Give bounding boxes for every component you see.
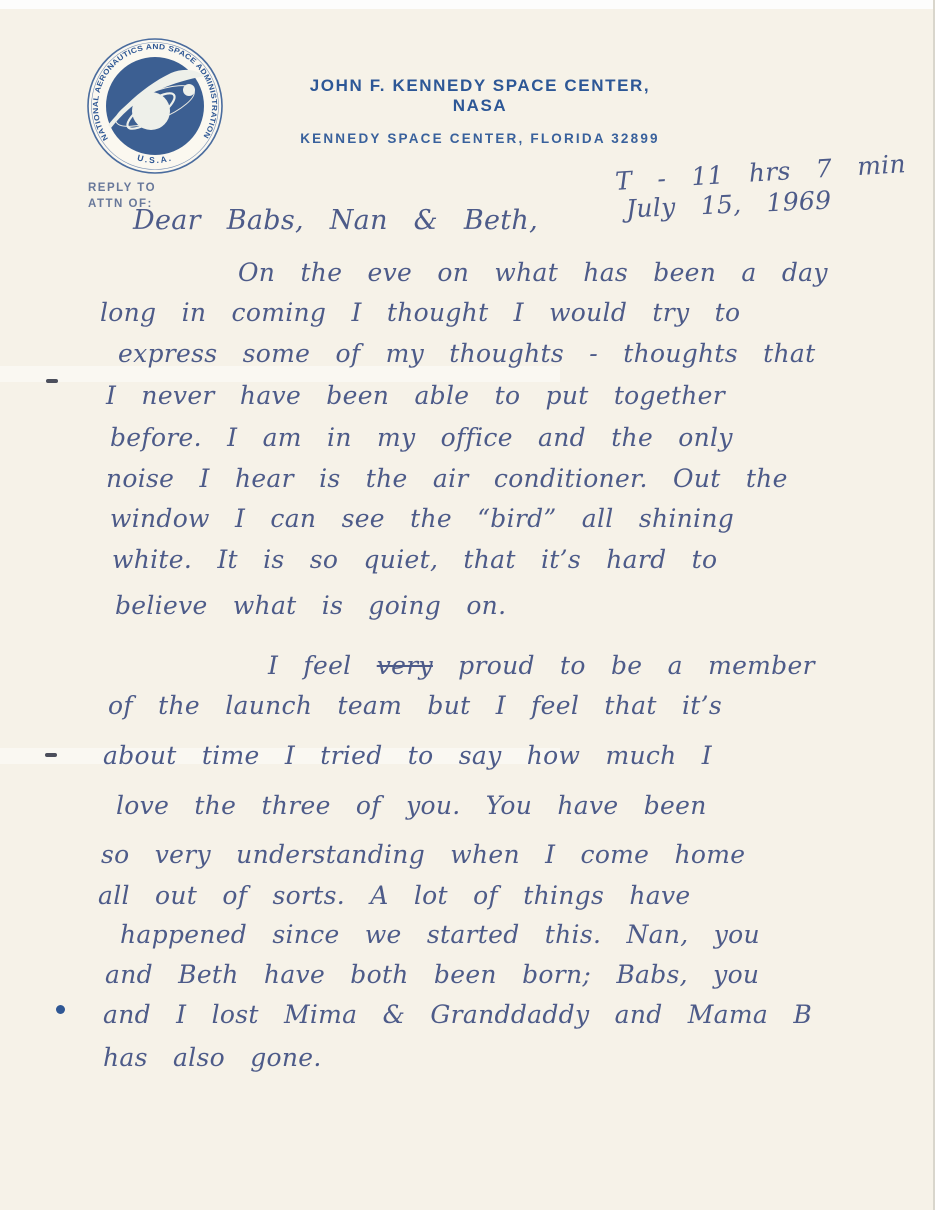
salutation: Dear Babs, Nan & Beth, [133, 205, 538, 236]
struck-word: very [377, 651, 433, 680]
reply-to-line1: REPLY TO [88, 180, 156, 196]
letter-line: believe what is going on. [115, 591, 506, 620]
scan-mark-dash [46, 379, 58, 383]
letter-line: before. I am in my office and the only [110, 423, 733, 452]
letter-line: happened since we started this. Nan, you [120, 920, 760, 949]
letter-line: I never have been able to put together [106, 381, 725, 410]
letter-line: long in coming I thought I would try to [100, 298, 740, 327]
letter-line: On the eve on what has been a day [238, 258, 828, 287]
letter-line: and I lost Mima & Granddaddy and Mama B [103, 1000, 812, 1029]
scan-light-band [0, 366, 560, 382]
letter-line: noise I hear is the air conditioner. Out… [106, 464, 788, 493]
letter-line: about time I tried to say how much I [103, 741, 712, 770]
scanned-letter-page: NATIONAL AERONAUTICS AND SPACE ADMINISTR… [0, 0, 935, 1210]
strike-pre-text: I feel [268, 651, 351, 680]
letter-line: window I can see the “bird” all shining [110, 504, 734, 533]
letter-line: of the launch team but I feel that it’s [108, 691, 722, 720]
letter-line-with-strikeout: I feel very proud to be a member [268, 651, 815, 680]
seal-moon [183, 84, 195, 96]
letter-line: white. It is so quiet, that it’s hard to [112, 545, 717, 574]
letterhead-block: JOHN F. KENNEDY SPACE CENTER, NASA KENNE… [295, 76, 665, 146]
letter-line: so very understanding when I come home [101, 840, 745, 869]
strike-post-text: proud to be a member [458, 651, 815, 680]
center-address: KENNEDY SPACE CENTER, FLORIDA 32899 [295, 131, 665, 146]
letter-line: and Beth have both been born; Babs, you [105, 960, 759, 989]
letter-line: has also gone. [103, 1043, 322, 1072]
scan-mark-dash [45, 753, 57, 757]
letter-line: express some of my thoughts - thoughts t… [118, 339, 815, 368]
scan-mark-dot [56, 1005, 65, 1014]
center-name: JOHN F. KENNEDY SPACE CENTER, NASA [295, 76, 665, 116]
letter-line: love the three of you. You have been [116, 791, 707, 820]
letter-line: all out of sorts. A lot of things have [98, 881, 690, 910]
nasa-seal-icon: NATIONAL AERONAUTICS AND SPACE ADMINISTR… [85, 36, 225, 176]
scan-edge-strip [0, 0, 933, 9]
